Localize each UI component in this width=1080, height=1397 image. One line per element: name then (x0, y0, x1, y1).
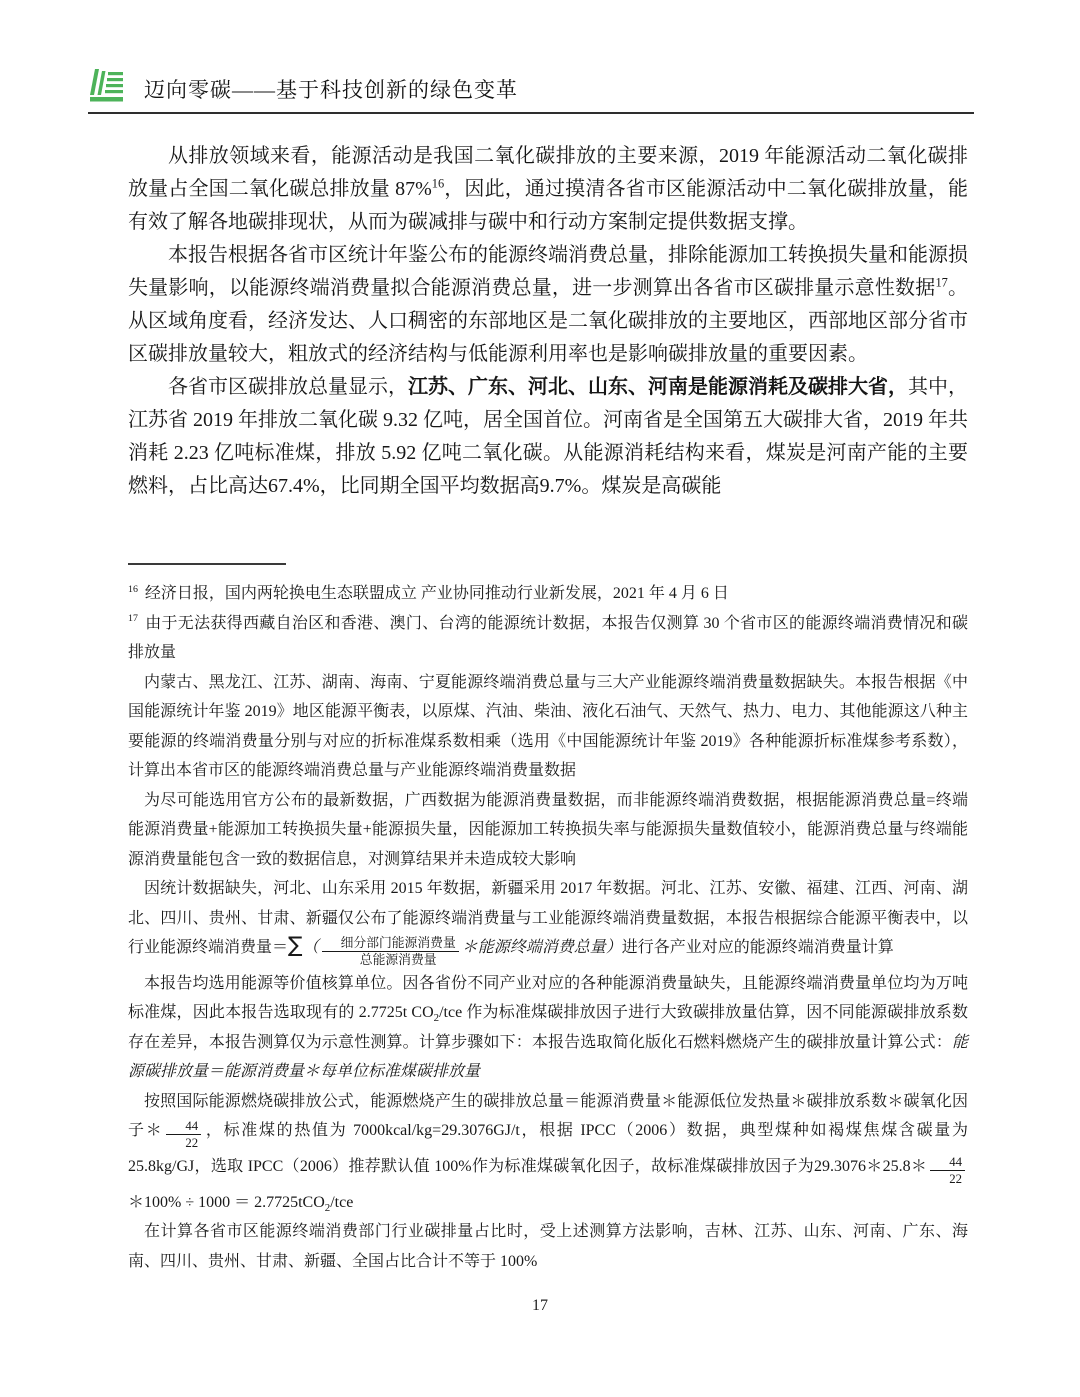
page-header: 迈向零碳——基于科技创新的绿色变革 (88, 68, 974, 114)
footnote-16: 16经济日报，国内两轮换电生态联盟成立 产业协同推动行业新发展，2021 年 4… (128, 579, 968, 609)
body-text: 从排放领域来看，能源活动是我国二氧化碳排放的主要来源，2019 年能源活动二氧化… (128, 140, 968, 503)
footnote-17-text: 由于无法获得西藏自治区和香港、澳门、台湾的能源统计数据，本报告仅测算 30 个省… (128, 615, 968, 662)
footnote-16-marker: 16 (128, 584, 138, 595)
footnote-17: 17由于无法获得西藏自治区和香港、澳门、台湾的能源统计数据，本报告仅测算 30 … (128, 609, 968, 668)
document-page: 迈向零碳——基于科技创新的绿色变革 从排放领域来看，能源活动是我国二氧化碳排放的… (0, 0, 1080, 1397)
footnote-16-text: 经济日报，国内两轮换电生态联盟成立 产业协同推动行业新发展，2021 年 4 月… (145, 585, 729, 602)
inline-fraction: 4422 (166, 1118, 201, 1152)
footnote-17-note-ipcc: 按照国际能源燃烧碳排放公式，能源燃烧产生的碳排放总量＝能源消费量＊能源低位发热量… (128, 1087, 968, 1218)
footnotes: 16经济日报，国内两轮换电生态联盟成立 产业协同推动行业新发展，2021 年 4… (128, 579, 968, 1276)
footnote-17-note-formula-sum: 因统计数据缺失，河北、山东采用 2015 年数据，新疆采用 2017 年数据。河… (128, 874, 968, 969)
footnote-17-marker: 17 (128, 613, 138, 624)
report-logo-icon (88, 68, 128, 106)
paragraph-method-overview: 本报告根据各省市区统计年鉴公布的能源终端消费总量，排除能源加工转换损失量和能源损… (128, 239, 968, 371)
page-number: 17 (0, 1297, 1080, 1315)
inline-fraction: 细分部门能源消费量总能源消费量 (322, 935, 459, 969)
paragraph-province-ranking: 各省市区碳排放总量显示，江苏、广东、河北、山东、河南是能源消耗及碳排大省，其中，… (128, 371, 968, 503)
footnote-17-note-data-gap: 内蒙古、黑龙江、江苏、湖南、海南、宁夏能源终端消费总量与三大产业能源终端消费量数… (128, 668, 968, 786)
footnote-17-note-emission-factor: 本报告均选用能源等价值核算单位。因各省份不同产业对应的各种能源消费量缺失，且能源… (128, 969, 968, 1087)
running-header-title: 迈向零碳——基于科技创新的绿色变革 (144, 74, 518, 106)
footnote-17-note-guangxi: 为尽可能选用官方公布的最新数据，广西数据为能源消费量数据，而非能源终端消费数据，… (128, 786, 968, 875)
paragraph-emission-source: 从排放领域来看，能源活动是我国二氧化碳排放的主要来源，2019 年能源活动二氧化… (128, 140, 968, 239)
footnote-separator (128, 563, 286, 565)
inline-fraction: 4422 (930, 1154, 965, 1188)
footnote-17-note-share-caveat: 在计算各省市区能源终端消费部门行业碳排量占比时，受上述测算方法影响，吉林、江苏、… (128, 1217, 968, 1276)
